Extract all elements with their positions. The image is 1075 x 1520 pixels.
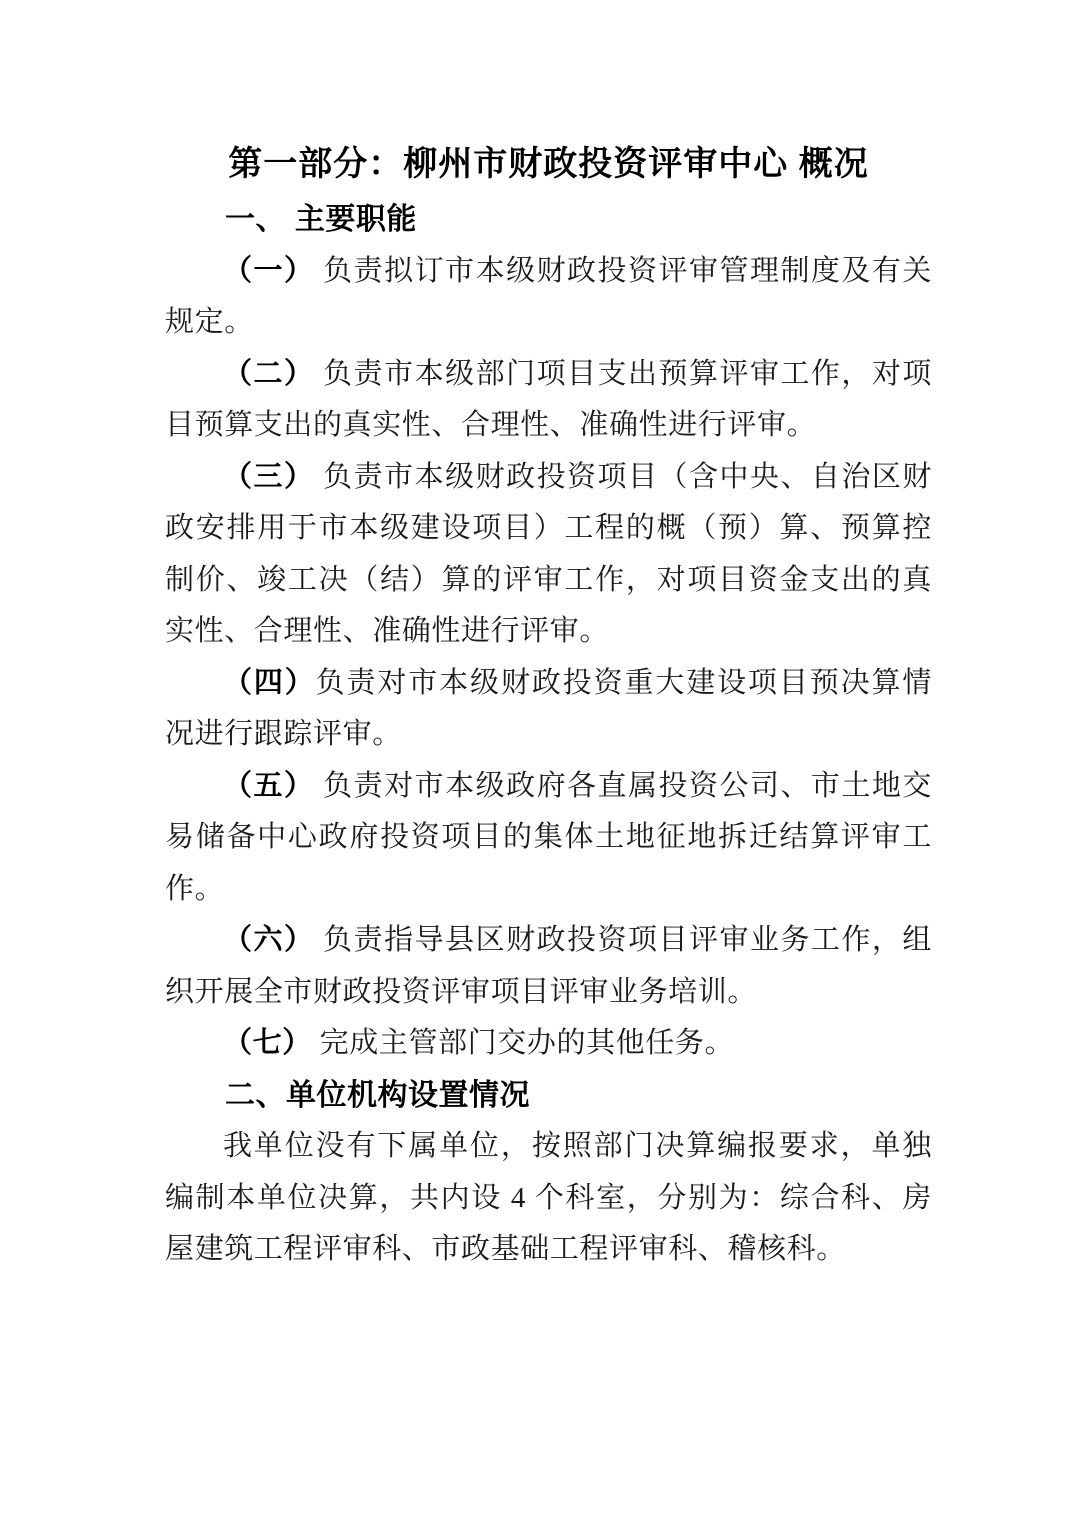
section-functions-heading: 一、 主要职能 xyxy=(165,194,932,246)
function-item-4: （四）负责对市本级财政投资重大建设项目预决算情况进行跟踪评审。 xyxy=(165,658,932,761)
section-organization-heading: 二、单位机构设置情况 xyxy=(165,1070,932,1122)
clause-number: （七） xyxy=(223,1027,312,1059)
document-title: 第一部分：柳州市财政投资评审中心 概况 xyxy=(165,134,932,194)
document-page: 第一部分：柳州市财政投资评审中心 概况 一、 主要职能 （一） 负责拟订市本级财… xyxy=(0,0,1075,1520)
organization-paragraph: 我单位没有下属单位，按照部门决算编报要求，单独编制本单位决算，共内设 4 个科室… xyxy=(165,1121,932,1276)
clause-text: 完成主管部门交办的其他任务。 xyxy=(312,1027,734,1059)
clause-number: （四） xyxy=(223,667,316,699)
clause-number: （一） xyxy=(223,255,314,287)
function-item-1: （一） 负责拟订市本级财政投资评审管理制度及有关规定。 xyxy=(165,246,932,349)
clause-number: （二） xyxy=(223,358,314,390)
clause-number: （三） xyxy=(223,461,314,493)
function-item-7: （七） 完成主管部门交办的其他任务。 xyxy=(165,1018,932,1070)
function-item-3: （三） 负责市本级财政投资项目（含中央、自治区财政安排用于市本级建设项目）工程的… xyxy=(165,452,932,658)
function-item-5: （五） 负责对市本级政府各直属投资公司、市土地交易储备中心政府投资项目的集体土地… xyxy=(165,761,932,916)
function-item-2: （二） 负责市本级部门项目支出预算评审工作，对项目预算支出的真实性、合理性、准确… xyxy=(165,349,932,452)
clause-number: （五） xyxy=(223,770,314,802)
clause-number: （六） xyxy=(223,924,314,956)
function-item-6: （六） 负责指导县区财政投资项目评审业务工作，组织开展全市财政投资评审项目评审业… xyxy=(165,915,932,1018)
